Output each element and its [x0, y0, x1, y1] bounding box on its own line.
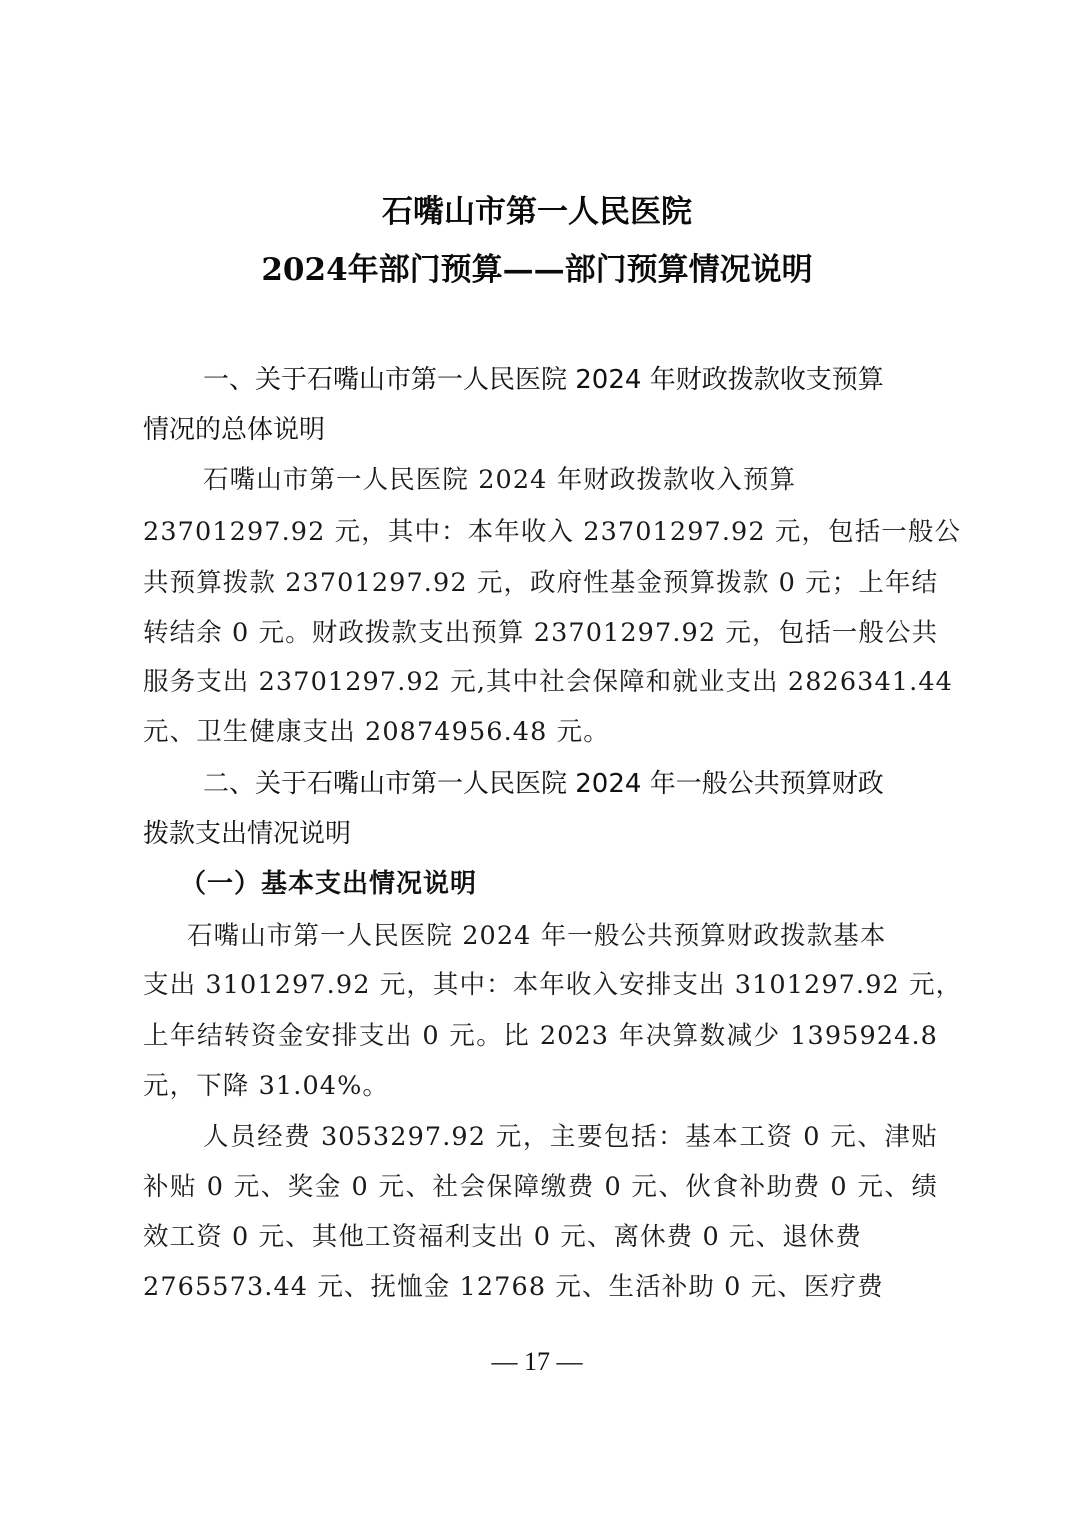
- section2-heading-line2: 拨款支出情况说明: [143, 821, 351, 847]
- section1-para-line3: 共预算拨款 23701297.92 元，政府性基金预算拨款 0 元；上年结: [143, 571, 938, 597]
- section2-para2-line2: 补贴 0 元、奖金 0 元、社会保障缴费 0 元、伙食补助费 0 元、绩: [143, 1175, 938, 1201]
- document-title-line1: 石嘴山市第一人民医院: [0, 197, 1074, 228]
- section2-heading-line1: 二、关于石嘴山市第一人民医院 2024 年一般公共预算财政: [203, 771, 884, 797]
- page-number: — 17 —: [0, 1349, 1074, 1375]
- section2-para1-line1: 石嘴山市第一人民医院 2024 年一般公共预算财政拨款基本: [187, 924, 887, 950]
- document-title-line2: 2024年部门预算——部门预算情况说明: [0, 255, 1074, 286]
- section2-para2-line3: 效工资 0 元、其他工资福利支出 0 元、离休费 0 元、退休费: [143, 1225, 862, 1251]
- section2-para1-line3: 上年结转资金安排支出 0 元。比 2023 年决算数减少 1395924.8: [143, 1024, 938, 1050]
- section1-para-line6: 元、卫生健康支出 20874956.48 元。: [143, 720, 610, 746]
- section1-heading-line1: 一、关于石嘴山市第一人民医院 2024 年财政拨款收支预算: [203, 367, 884, 393]
- section2-para1-line4: 元，下降 31.04%。: [143, 1074, 389, 1100]
- section1-heading-line2: 情况的总体说明: [143, 417, 325, 443]
- section2-para2-line1: 人员经费 3053297.92 元，主要包括：基本工资 0 元、津贴: [203, 1125, 938, 1151]
- section2-para1-line2: 支出 3101297.92 元，其中：本年收入安排支出 3101297.92 元…: [143, 973, 938, 999]
- section1-para-line1: 石嘴山市第一人民医院 2024 年财政拨款收入预算: [203, 468, 796, 494]
- section2-para2-line4: 2765573.44 元、抚恤金 12768 元、生活补助 0 元、医疗费: [143, 1275, 884, 1301]
- section1-para-line5: 服务支出 23701297.92 元,其中社会保障和就业支出 2826341.4…: [143, 670, 938, 696]
- document-page: 石嘴山市第一人民医院 2024年部门预算——部门预算情况说明 一、关于石嘴山市第…: [0, 0, 1074, 1520]
- section1-para-line2: 23701297.92 元，其中：本年收入 23701297.92 元，包括一般…: [143, 520, 938, 546]
- section1-para-line4: 转结余 0 元。财政拨款支出预算 23701297.92 元，包括一般公共: [143, 621, 938, 647]
- subsection-heading-basic-expenditure: （一）基本支出情况说明: [180, 871, 477, 897]
